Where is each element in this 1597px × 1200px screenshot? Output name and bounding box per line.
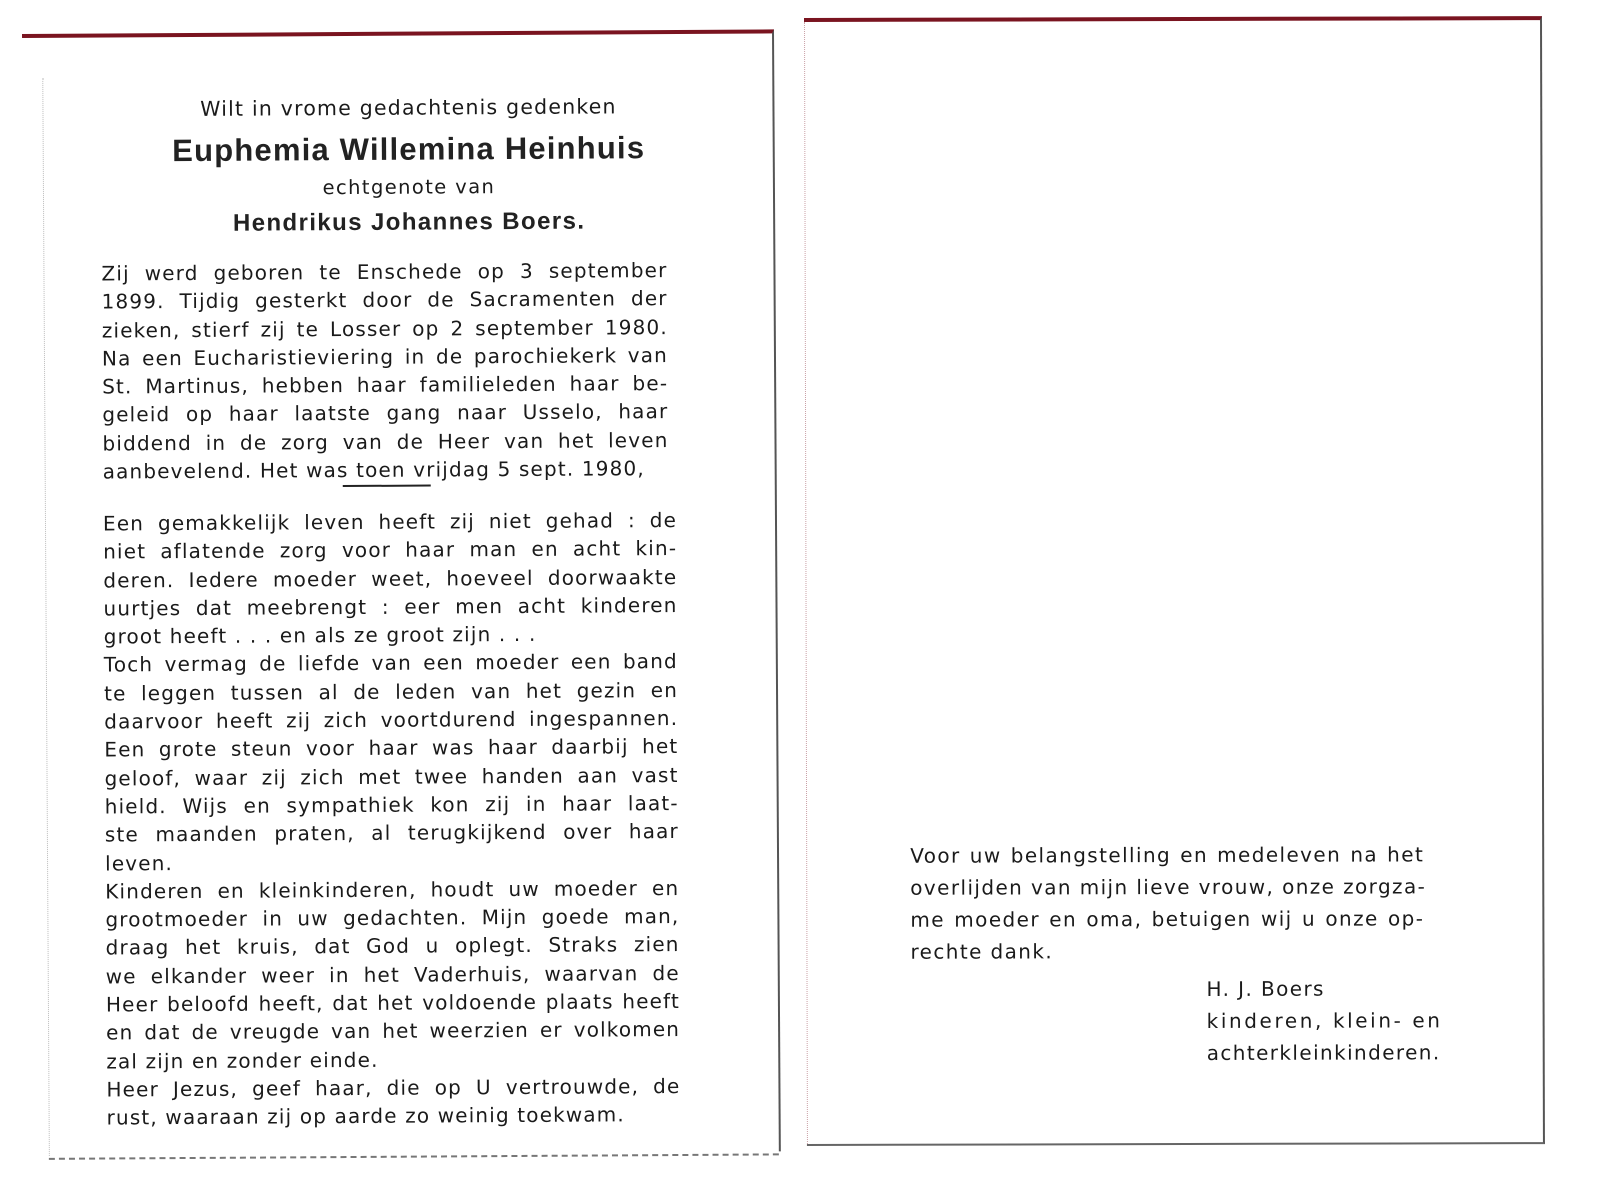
tribute-line: Kinderen en kleinkinderen, houdt uw moed… — [105, 874, 679, 906]
tribute-line: Een gemakkelijk leven heeft zij niet geh… — [103, 506, 677, 538]
tribute-line: hield. Wijs en sympathiek kon zij in haa… — [105, 789, 679, 821]
memorial-card-back: Voor uw belangstelling en medeleven na h… — [804, 16, 1545, 1146]
tribute-line: Heer beloofd heeft, dat het voldoende pl… — [106, 987, 680, 1019]
signature-line: H. J. Boers — [1207, 972, 1443, 1005]
thanks-line: overlijden van mijn lieve vrouw, onze zo… — [910, 870, 1424, 903]
spouse-label: echtgenote van — [89, 172, 729, 204]
tribute-line: groot heeft . . . en als ze groot zijn .… — [104, 619, 678, 651]
signature-line: kinderen, klein- en — [1207, 1004, 1443, 1037]
tribute-line: zal zijn en zonder einde. — [106, 1044, 680, 1076]
tribute-line: leven. — [105, 846, 679, 878]
thanks-line: Voor uw belangstelling en medeleven na h… — [910, 838, 1424, 871]
tribute-line: Heer Jezus, geef haar, die op U vertrouw… — [106, 1072, 680, 1104]
tribute-line: uurtjes dat meebrengt : eer men acht kin… — [103, 591, 677, 623]
bio-line: zieken, stierf zij te Losser op 2 septem… — [102, 313, 668, 345]
spouse-name: Hendrikus Johannes Boers. — [89, 206, 729, 240]
tribute-line: Een grote steun voor haar was haar daarb… — [104, 732, 678, 764]
bio-line: Na een Eucharistieviering in de parochie… — [102, 341, 668, 373]
thanks-line: rechte dank. — [910, 934, 1424, 967]
tribute-line: niet aflatende zorg voor haar man en ach… — [103, 534, 677, 566]
thanks-paragraph: Voor uw belangstelling en medeleven na h… — [910, 838, 1424, 967]
tribute-paragraph: Een gemakkelijk leven heeft zij niet geh… — [103, 506, 681, 1132]
deceased-name: Euphemia Willemina Heinhuis — [89, 128, 729, 172]
bio-line: geleid op haar laatste gang naar Usselo,… — [102, 398, 668, 430]
thanks-line: me moeder en oma, betuigen wij u onze op… — [910, 902, 1424, 935]
biography-paragraph: Zij werd geboren te Enschede op 3 septem… — [101, 256, 668, 486]
bio-line: Zij werd geboren te Enschede op 3 septem… — [101, 256, 667, 288]
bio-line: aanbevelend. Het was toen vrijdag 5 sept… — [103, 454, 669, 486]
card-header: Wilt in vrome gedachtenis gedenken Euphe… — [88, 92, 729, 240]
bio-line: biddend in de zorg van de Heer van het l… — [102, 426, 668, 458]
tribute-line: daarvoor heeft zij zich voortdurend inge… — [104, 704, 678, 736]
bio-line: St. Martinus, hebben haar familieleden h… — [102, 369, 668, 401]
tribute-line: geloof, waar zij zich met twee handen aa… — [104, 761, 678, 793]
tribute-line: draag het kruis, dat God u oplegt. Strak… — [105, 930, 679, 962]
tribute-line: grootmoeder in uw gedachten. Mijn goede … — [105, 902, 679, 934]
memorial-card-front: Wilt in vrome gedachtenis gedenken Euphe… — [22, 29, 781, 1156]
signature-line: achterkleinkinderen. — [1207, 1036, 1443, 1069]
tribute-line: te leggen tussen al de leden van het gez… — [104, 676, 678, 708]
tribute-line: ste maanden praten, al terugkijkend over… — [105, 817, 679, 849]
signature-block: H. J. Boerskinderen, klein- enachterklei… — [1207, 972, 1443, 1069]
tribute-line: Toch vermag de liefde van een moeder een… — [104, 647, 678, 679]
intro-text: Wilt in vrome gedachtenis gedenken — [88, 92, 728, 124]
tribute-line: we elkander weer in het Vaderhuis, waarv… — [106, 959, 680, 991]
tribute-line: en dat de vreugde van het weerzien er vo… — [106, 1015, 680, 1047]
tribute-line: rust, waaraan zij op aarde zo weinig toe… — [107, 1100, 681, 1132]
bio-line: 1899. Tijdig gesterkt door de Sacramente… — [102, 284, 668, 316]
section-divider — [343, 485, 431, 488]
tribute-line: deren. Iedere moeder weet, hoeveel doorw… — [103, 563, 677, 595]
